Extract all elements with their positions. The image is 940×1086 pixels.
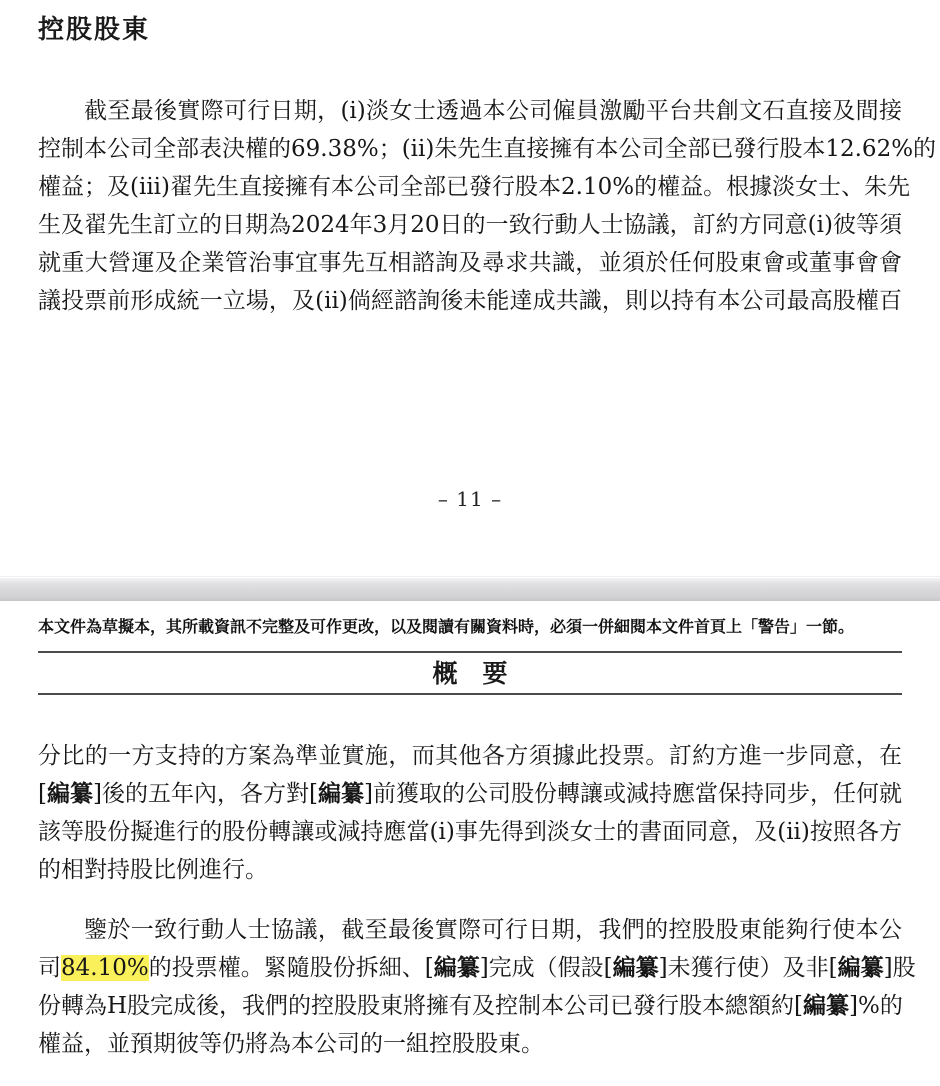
redacted-term: 編纂 (318, 780, 364, 807)
redacted-term: 編纂 (613, 954, 659, 981)
highlighted-value: 84.10% (61, 955, 149, 981)
text-line: 司84.10%的投票權。緊隨股份拆細、[編纂]完成（假設[編纂]未獲行使）及非[… (38, 949, 902, 987)
text-line: 控制本公司全部表決權的69.38%；(ii)朱先生直接擁有本公司全部已發行股本1… (38, 130, 902, 168)
text-segment: ]未獲行使）及非[ (659, 955, 838, 981)
section-title-summary: 概 要 (38, 653, 902, 693)
text-segment: 生及翟先生訂立的日期為2024年3月20日的一致行動人士協議，訂約方同意(i)彼… (38, 212, 902, 238)
redacted-term: 編纂 (434, 954, 480, 981)
horizontal-rule-bottom (38, 693, 902, 695)
text-line: 分比的一方支持的方案為準並實施，而其他各方須據此投票。訂約方進一步同意，在 (38, 737, 902, 775)
text-line: 的相對持股比例進行。 (38, 851, 902, 889)
text-line: [編纂]後的五年內，各方對[編纂]前獲取的公司股份轉讓或減持應當保持同步，任何就 (38, 775, 902, 813)
text-line: 生及翟先生訂立的日期為2024年3月20日的一致行動人士協議，訂約方同意(i)彼… (38, 206, 902, 244)
text-segment: 控制本公司全部表決權的69.38%；(ii)朱先生直接擁有本公司全部已發行股本1… (38, 136, 936, 162)
text-segment: 份轉為H股完成後，我們的控股股東將擁有及控制本公司已發行股本總額約[ (38, 993, 803, 1019)
text-segment: 的投票權。緊隨股份拆細、[ (149, 955, 434, 981)
draft-warning-disclaimer: 本文件為草擬本，其所載資訊不完整及可作更改，以及閱讀有關資料時，必須一併細閱本文… (38, 616, 902, 638)
document-page-next: 本文件為草擬本，其所載資訊不完整及可作更改，以及閱讀有關資料時，必須一併細閱本文… (0, 616, 940, 1063)
text-line: 鑒於一致行動人士協議，截至最後實際可行日期，我們的控股股東能夠行使本公 (38, 911, 902, 949)
text-line: 權益；及(iii)翟先生直接擁有本公司全部已發行股本2.10%的權益。根據淡女士… (38, 168, 902, 206)
document-page-previous: 控股股東 截至最後實際可行日期，(i)淡女士透過本公司僱員激勵平台共創文石直接及… (0, 0, 940, 512)
summary-paragraph-continuation: 分比的一方支持的方案為準並實施，而其他各方須據此投票。訂約方進一步同意，在[編纂… (38, 737, 902, 889)
text-segment: 截至最後實際可行日期，(i)淡女士透過本公司僱員激勵平台共創文石直接及間接 (84, 98, 902, 124)
text-line: 份轉為H股完成後，我們的控股股東將擁有及控制本公司已發行股本總額約[編纂]%的 (38, 987, 902, 1025)
text-segment: ]前獲取的公司股份轉讓或減持應當保持同步，任何就 (364, 781, 902, 807)
text-line: 截至最後實際可行日期，(i)淡女士透過本公司僱員激勵平台共創文石直接及間接 (38, 92, 902, 130)
text-segment: 權益，並預期彼等仍將為本公司的一組控股股東。 (38, 1031, 544, 1057)
summary-paragraph-acting-in-concert: 鑒於一致行動人士協議，截至最後實際可行日期，我們的控股股東能夠行使本公司84.1… (38, 911, 902, 1063)
text-segment: ]%的 (849, 993, 903, 1019)
page-number: – 11 – (38, 486, 902, 512)
text-line: 議投票前形成統一立場，及(ii)倘經諮詢後未能達成共識，則以持有本公司最高股權百 (38, 282, 902, 320)
text-segment: 分比的一方支持的方案為準並實施，而其他各方須據此投票。訂約方進一步同意，在 (38, 743, 902, 769)
text-line: 就重大營運及企業管治事宜事先互相諮詢及尋求共識，並須於任何股東會或董事會會 (38, 244, 902, 282)
redacted-term: 編纂 (803, 992, 849, 1019)
text-line: 該等股份擬進行的股份轉讓或減持應當(i)事先得到淡女士的書面同意，及(ii)按照… (38, 813, 902, 851)
body-paragraph: 截至最後實際可行日期，(i)淡女士透過本公司僱員激勵平台共創文石直接及間接控制本… (38, 92, 902, 320)
text-segment: ]股 (884, 955, 916, 981)
text-segment: 議投票前形成統一立場，及(ii)倘經諮詢後未能達成共識，則以持有本公司最高股權百 (38, 288, 902, 314)
text-segment: ]完成（假設[ (480, 955, 613, 981)
section-heading-controlling-shareholders: 控股股東 (38, 0, 902, 46)
redacted-term: 編纂 (47, 780, 93, 807)
text-segment: 鑒於一致行動人士協議，截至最後實際可行日期，我們的控股股東能夠行使本公 (84, 917, 902, 943)
page-break-band (0, 576, 940, 601)
text-segment: [ (38, 781, 47, 807)
text-segment: 該等股份擬進行的股份轉讓或減持應當(i)事先得到淡女士的書面同意，及(ii)按照… (38, 819, 902, 845)
text-segment: 就重大營運及企業管治事宜事先互相諮詢及尋求共識，並須於任何股東會或董事會會 (38, 250, 902, 276)
text-segment: 權益；及(iii)翟先生直接擁有本公司全部已發行股本2.10%的權益。根據淡女士… (38, 174, 910, 200)
text-segment: 司 (38, 955, 61, 981)
text-line: 權益，並預期彼等仍將為本公司的一組控股股東。 (38, 1025, 902, 1063)
text-segment: ]後的五年內，各方對[ (93, 781, 318, 807)
redacted-term: 編纂 (838, 954, 884, 981)
text-segment: 的相對持股比例進行。 (38, 857, 268, 883)
